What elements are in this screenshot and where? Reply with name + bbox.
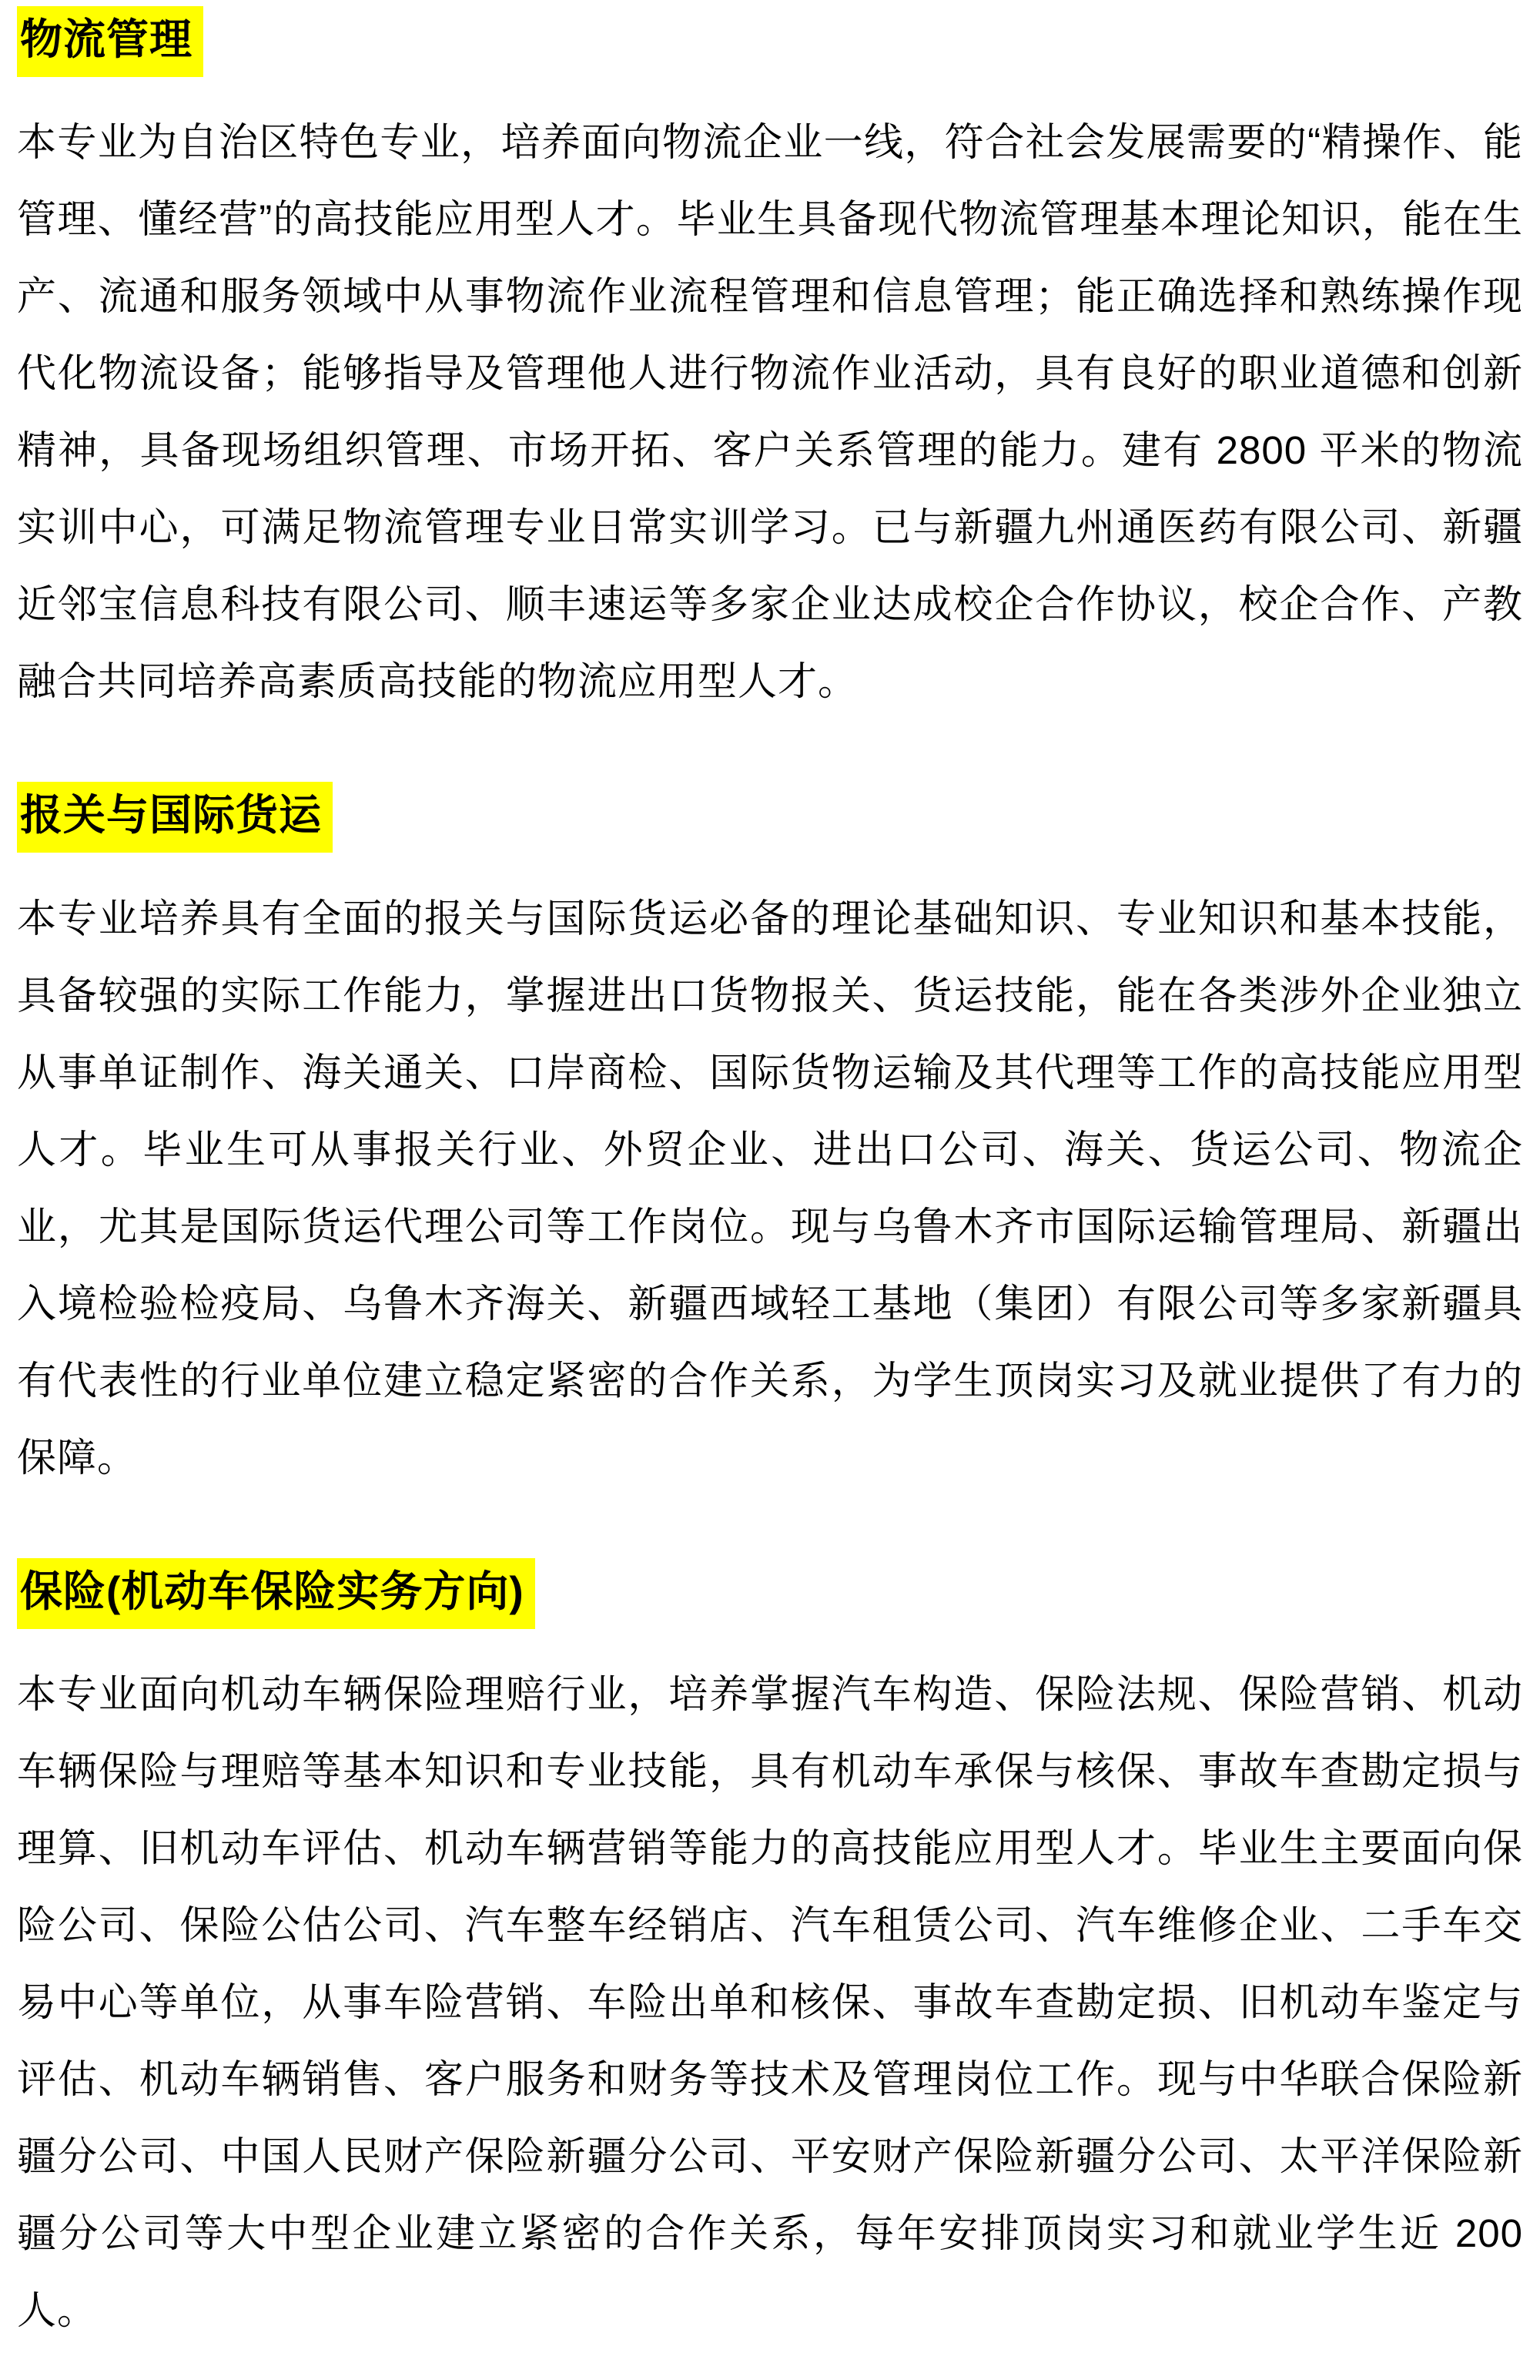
highlighted-heading-text: 报关与国际货运 bbox=[17, 782, 333, 853]
highlighted-heading-text: 物流管理 bbox=[17, 6, 203, 77]
section-body-paragraph: 本专业培养具有全面的报关与国际货运必备的理论基础知识、专业知识和基本技能，具备较… bbox=[17, 880, 1523, 1497]
section-customs-international-freight: 报关与国际货运 本专业培养具有全面的报关与国际货运必备的理论基础知识、专业知识和… bbox=[17, 791, 1523, 1496]
section-body-paragraph: 本专业为自治区特色专业，培养面向物流企业一线，符合社会发展需要的“精操作、能管理… bbox=[17, 104, 1523, 720]
highlighted-heading-text: 保险(机动车保险实务方向) bbox=[17, 1558, 535, 1629]
section-insurance-motor-vehicle: 保险(机动车保险实务方向) 本专业面向机动车辆保险理赔行业，培养掌握汽车构造、保… bbox=[17, 1567, 1523, 2349]
section-heading: 保险(机动车保险实务方向) bbox=[17, 1567, 1523, 1616]
document-page: 物流管理 本专业为自治区特色专业，培养面向物流企业一线，符合社会发展需要的“精操… bbox=[0, 0, 1540, 2380]
section-body-paragraph: 本专业面向机动车辆保险理赔行业，培养掌握汽车构造、保险法规、保险营销、机动车辆保… bbox=[17, 1656, 1523, 2349]
section-heading: 物流管理 bbox=[17, 15, 1523, 64]
section-logistics-management: 物流管理 本专业为自治区特色专业，培养面向物流企业一线，符合社会发展需要的“精操… bbox=[17, 15, 1523, 720]
section-heading: 报关与国际货运 bbox=[17, 791, 1523, 840]
